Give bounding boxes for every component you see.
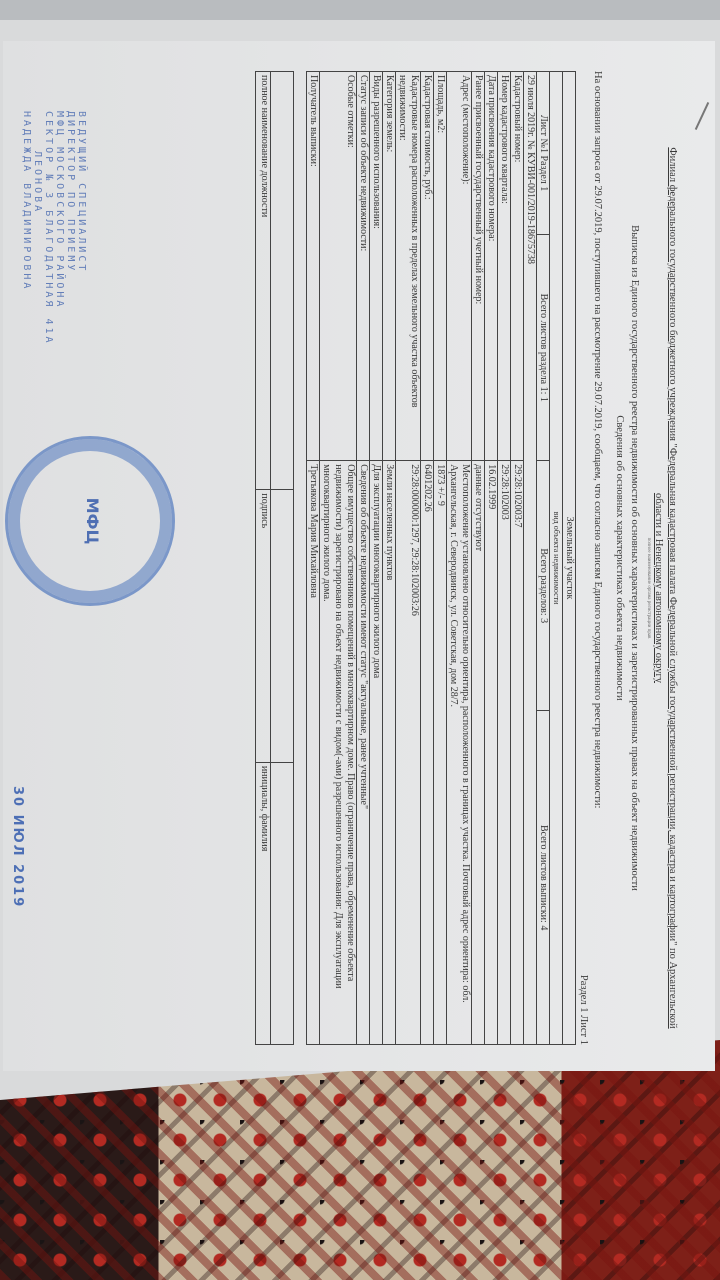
table-row: Площадь, м2:1873 +/- 9 bbox=[434, 72, 447, 1045]
initials-caption: инициалы, фамилия bbox=[256, 762, 271, 1044]
initials-cell bbox=[271, 762, 294, 1044]
table-row: Виды разрешенного использования:Для эксп… bbox=[370, 72, 383, 1045]
sections-total: Всего разделов: 3 bbox=[537, 461, 550, 711]
document-page: Филиал федерального государственного бюд… bbox=[3, 41, 715, 1071]
specialist-stamp: ВЕДУЩИЙ СПЕЦИАЛИСТ ДИРЕКТОР ПО ПРИЕМУ МФ… bbox=[21, 111, 87, 346]
table-row: Кадастровый номер:29:28:102003:7 bbox=[511, 72, 524, 1045]
section-reference: Раздел 1 Лист 1 bbox=[578, 71, 589, 1045]
table-row: Номер кадастрового квартала:29:28:102003 bbox=[498, 72, 511, 1045]
object-type-caption: вид объекта недвижимости bbox=[550, 72, 563, 1045]
table-row: Особые отметки:Общее имущество собственн… bbox=[320, 72, 357, 1045]
date-stamp: 30 ИЮЛ 2019 bbox=[10, 786, 25, 908]
object-type: Земельный участок bbox=[563, 72, 576, 1045]
staple-mark bbox=[695, 102, 709, 130]
table-row: Кадастровая стоимость, руб.:6401202.26 bbox=[421, 72, 434, 1045]
position-caption: полное наименование должности bbox=[256, 72, 271, 490]
date-number: 29 июля 2019г. № КУВИ-001/2019-18675738 bbox=[524, 72, 537, 1045]
property-table: Земельный участок вид объекта недвижимос… bbox=[306, 71, 576, 1045]
sheets-total: Всего листов выписки: 4 bbox=[537, 711, 550, 1045]
signature-table: полное наименование должности подпись ин… bbox=[255, 71, 294, 1045]
table-row: Кадастровые номера расположенных в преде… bbox=[396, 72, 421, 1045]
organization-name: Филиал федерального государственного бюд… bbox=[651, 71, 679, 1045]
table-row: Дата присвоения кадастрового номера:16.0… bbox=[485, 72, 498, 1045]
table-row: Адрес (местоположение):Местоположение ус… bbox=[447, 72, 472, 1045]
table-row: Ранее присвоенный государственный учетны… bbox=[472, 72, 485, 1045]
position-cell bbox=[271, 72, 294, 490]
organization-caption: полное наименование органа регистрации п… bbox=[646, 71, 651, 1045]
table-row: Статус записи об объекте недвижимости:Св… bbox=[357, 72, 370, 1045]
basis-text: На основании запроса от 29.07.2019, пост… bbox=[591, 71, 604, 1045]
signature-caption: подпись bbox=[256, 490, 271, 762]
official-seal: МФЦ bbox=[5, 436, 175, 606]
signature-cell bbox=[271, 490, 294, 762]
table-row: Категория земель:Земли населенных пункто… bbox=[383, 72, 396, 1045]
document-title: Выписка из Единого государственного реес… bbox=[629, 71, 640, 1045]
document-subtitle: Сведения об основных характеристиках объ… bbox=[614, 71, 625, 1045]
sheet-number: Лист №1 Раздел 1 bbox=[537, 72, 550, 235]
sheets-in-section: Всего листов раздела 1: 1 bbox=[537, 235, 550, 461]
table-row: Получатель выписки:Третьякова Мария Миха… bbox=[307, 72, 320, 1045]
